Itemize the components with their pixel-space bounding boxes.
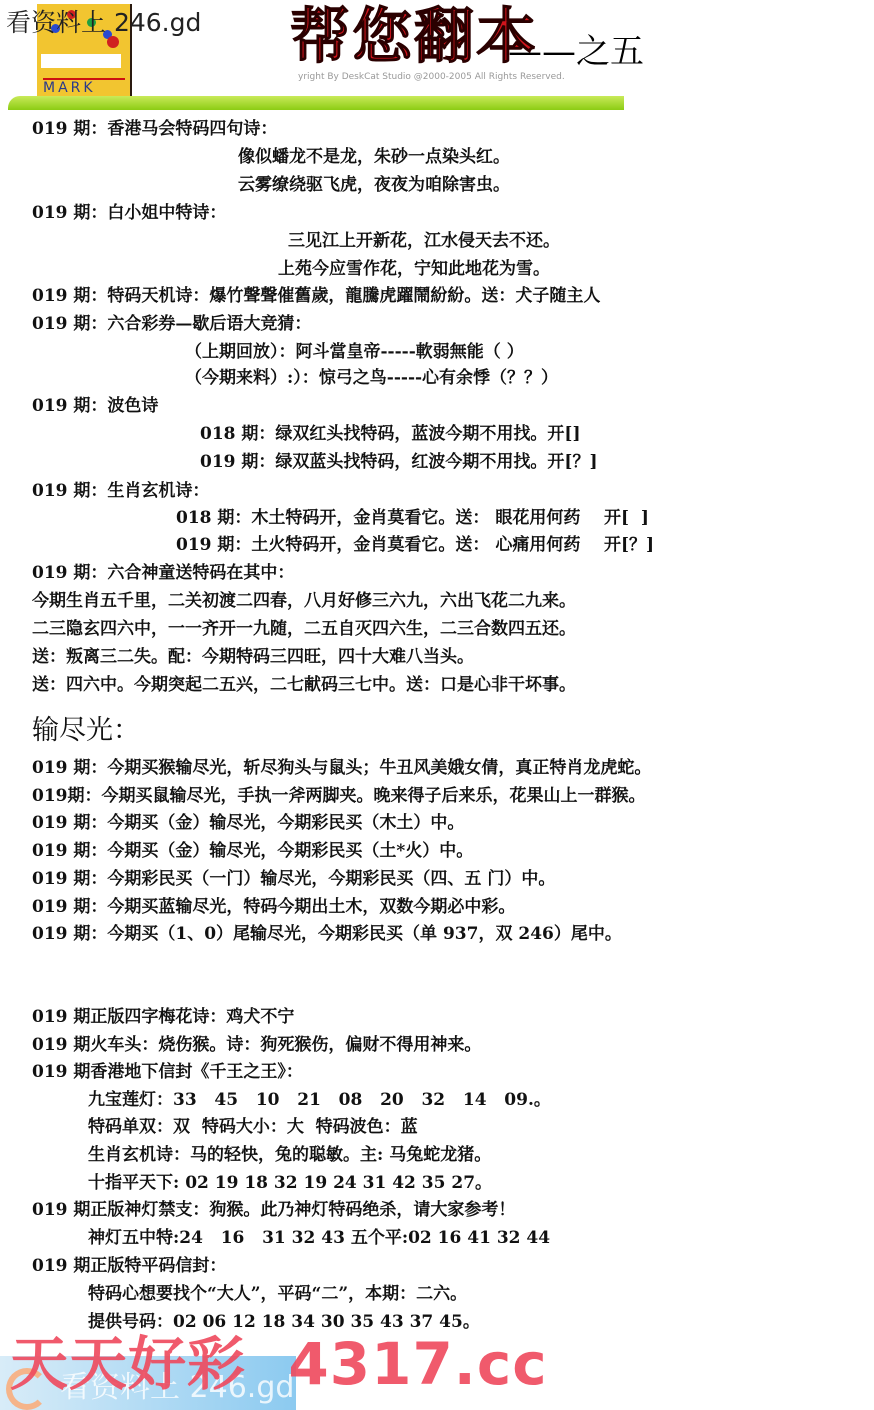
text-line: 神灯五中特:24 16 31 32 43 五个平:02 16 41 32 44 (88, 1227, 550, 1249)
text-line: 019 期：土火特码开，金肖莫看它。送： 心痛用何药 开[？] (176, 534, 654, 556)
text-line: 019 期正版四字梅花诗：鸡犬不宁 (32, 1006, 294, 1028)
text-line: 018 期：木土特码开，金肖莫看它。送： 眼花用何药 开[ ] (176, 507, 649, 529)
text-line: 019 期火车头：烧伤猴。诗：狗死猴伤，偏财不得用神来。 (32, 1034, 481, 1056)
text-line: 019 期：今期买猴输尽光，斩尽狗头与鼠头；牛丑风美娥女倩，真正特肖龙虎蛇。 (32, 757, 651, 779)
text-line: 送：叛离三二失。配：今期特码三四旺，四十大难八当头。 (32, 646, 474, 668)
text-line: 今期生肖五千里，二关初渡二四春，八月好修三六九，六出飞花二九来。 (32, 590, 576, 612)
page-title: 帮您翻本 (290, 2, 538, 72)
text-line: 019期：今期买鼠输尽光，手执一斧两脚夹。晚来得子后来乐，花果山上一群猴。 (32, 785, 645, 807)
logo-redaction-bar (41, 54, 121, 68)
text-line: 云雾缭绕驱飞虎，夜夜为咱除害虫。 (238, 174, 510, 196)
text-line: 二三隐玄四六中，一一齐开一九随，二五自灭四六生，二三合数四五还。 (32, 618, 576, 640)
text-line: 上苑今应雪作花，宁知此地花为雪。 (278, 258, 550, 280)
text-line: 019 期：特码天机诗：爆竹聲聲催舊歲，龍騰虎躍鬧紛紛。送：犬子随主人 (32, 285, 600, 307)
copyright-text: yright By DeskCat Studio @2000-2005 All … (298, 72, 565, 82)
text-line: 019 期：今期彩民买（一门）输尽光，今期彩民买（四、五 门）中。 (32, 868, 555, 890)
text-line: 特码单双：双 特码大小：大 特码波色：蓝 (88, 1116, 418, 1138)
text-line: 生肖玄机诗：马的轻快，兔的聪敏。主: 马兔蛇龙猪。 (88, 1144, 491, 1166)
text-line: （今期来料）:）：惊弓之鸟-----心有余悸（？？） (185, 367, 558, 389)
text-line: 三见江上开新花，江水侵天去不还。 (288, 230, 560, 252)
text-line: 019 期：波色诗 (32, 395, 158, 417)
text-line: 019 期：绿双蓝头找特码，红波今期不用找。开[？] (200, 451, 598, 473)
text-line: 019 期正版特平码信封： (32, 1255, 226, 1277)
text-line: 019 期正版神灯禁支：狗猴。此乃神灯特码绝杀，请大家参考！ (32, 1199, 515, 1221)
section-heading-lose-all: 输尽光： (32, 708, 140, 747)
text-line: 019 期：白小姐中特诗： (32, 202, 226, 224)
text-line: 十指平天下: 02 19 18 32 19 24 31 42 35 27。 (88, 1172, 492, 1194)
text-line: （上期回放）：阿斗當皇帝-----軟弱無能（ ） (185, 341, 524, 363)
page-subtitle: ——之五 (508, 32, 644, 72)
text-line: 019 期：今期买蓝输尽光，特码今期出土木，双数今期必中彩。 (32, 896, 515, 918)
text-line: 019 期：今期买（金）输尽光，今期彩民买（土*火）中。 (32, 840, 473, 862)
header-divider (8, 96, 624, 110)
text-line: 019 期：香港马会特码四句诗： (32, 118, 277, 140)
text-line: 019 期：六合神童送特码在其中： (32, 562, 294, 584)
site-watermark-top: 看资料上 246.gd (6, 6, 201, 40)
logo-text: MARK SIX (43, 78, 125, 96)
text-line: 九宝莲灯：33 45 10 21 08 20 32 14 09.。 (88, 1089, 551, 1111)
text-line: 019 期：生肖玄机诗： (32, 480, 209, 502)
text-line: 像似蟠龙不是龙，朱砂一点染头红。 (238, 146, 510, 168)
text-line: 特码心想要找个“大人”，平码“二”，本期：二六。 (88, 1283, 467, 1305)
text-line: 019 期：今期买（金）输尽光，今期彩民买（木土）中。 (32, 812, 464, 834)
text-line: 019 期香港地下信封《千王之王》： (32, 1061, 303, 1083)
text-line: 送：四六中。今期突起二五兴，二七献码三七中。送：口是心非干坏事。 (32, 674, 576, 696)
footer-watermark-red: 天天好彩 4317.cc (10, 1324, 548, 1404)
text-line: 019 期：今期买（1、0）尾输尽光，今期彩民买（单 937，双 246）尾中。 (32, 923, 622, 945)
text-line: 018 期：绿双红头找特码，蓝波今期不用找。开[] (200, 423, 581, 445)
text-line: 019 期：六合彩券—歇后语大竞猜： (32, 313, 311, 335)
